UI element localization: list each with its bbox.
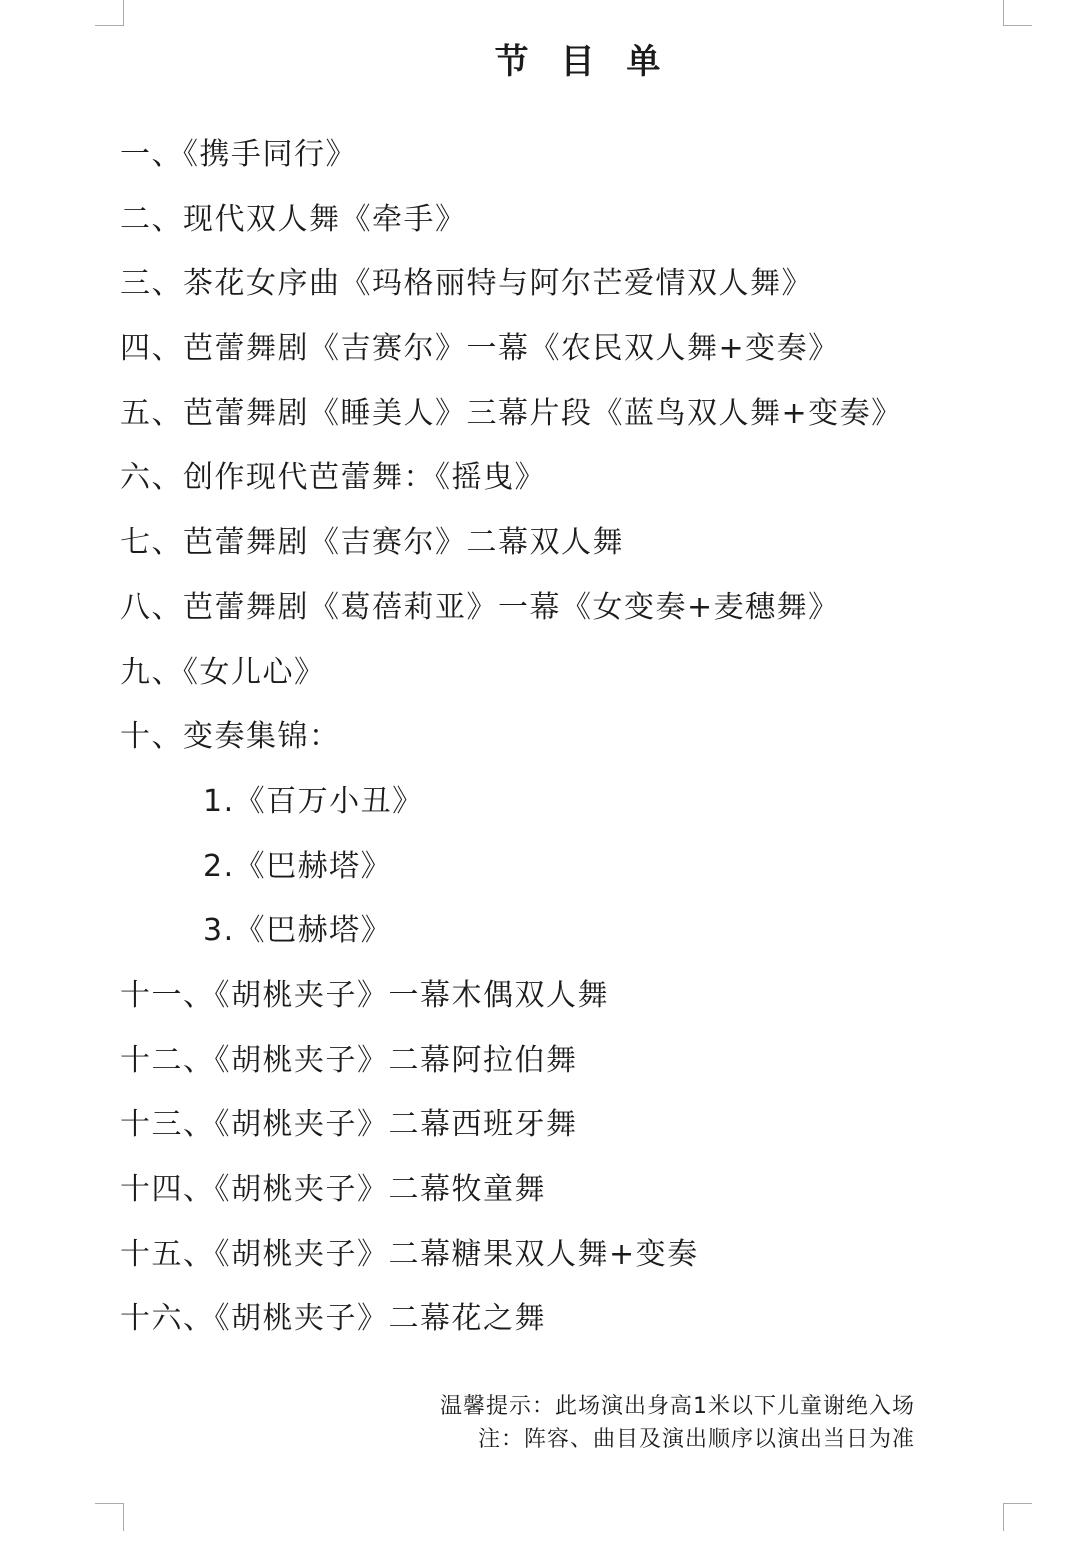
program-item: 十一、《胡桃夹子》一幕木偶双人舞 bbox=[120, 964, 1083, 1029]
program-item: 十二、《胡桃夹子》二幕阿拉伯舞 bbox=[120, 1029, 1083, 1094]
crop-mark-top-right bbox=[1003, 0, 1032, 26]
program-item: 三、茶花女序曲《玛格丽特与阿尔芒爱情双人舞》 bbox=[120, 252, 1083, 317]
program-item: 二、现代双人舞《牵手》 bbox=[120, 188, 1083, 253]
program-item: 一、《携手同行》 bbox=[120, 123, 1083, 188]
program-sheet-page: 节 目 单 一、《携手同行》 二、现代双人舞《牵手》 三、茶花女序曲《玛格丽特与… bbox=[0, 0, 1083, 1541]
program-item: 十六、《胡桃夹子》二幕花之舞 bbox=[120, 1287, 1083, 1352]
program-item: 四、芭蕾舞剧《吉赛尔》一幕《农民双人舞+变奏》 bbox=[120, 317, 1083, 382]
program-item: 十五、《胡桃夹子》二幕糖果双人舞+变奏 bbox=[120, 1223, 1083, 1288]
program-item: 九、《女儿心》 bbox=[120, 641, 1083, 706]
footer-notes: 温馨提示：此场演出身高1米以下儿童谢绝入场 注：阵容、曲目及演出顺序以演出当日为… bbox=[440, 1390, 915, 1456]
program-item: 八、芭蕾舞剧《葛蓓莉亚》一幕《女变奏+麦穗舞》 bbox=[120, 576, 1083, 641]
program-subitem: 2.《巴赫塔》 bbox=[120, 835, 1083, 900]
page-title: 节 目 单 bbox=[41, 34, 1083, 83]
crop-mark-top-left bbox=[95, 0, 124, 26]
program-item: 十四、《胡桃夹子》二幕牧童舞 bbox=[120, 1158, 1083, 1223]
program-subitem: 3.《巴赫塔》 bbox=[120, 899, 1083, 964]
warm-tip-note: 温馨提示：此场演出身高1米以下儿童谢绝入场 bbox=[440, 1390, 915, 1423]
program-item: 六、创作现代芭蕾舞：《摇曳》 bbox=[120, 446, 1083, 511]
crop-mark-bottom-left bbox=[95, 1503, 124, 1531]
program-item: 五、芭蕾舞剧《睡美人》三幕片段《蓝鸟双人舞+变奏》 bbox=[120, 382, 1083, 447]
program-list: 一、《携手同行》 二、现代双人舞《牵手》 三、茶花女序曲《玛格丽特与阿尔芒爱情双… bbox=[120, 123, 1083, 1352]
program-item: 十、变奏集锦： bbox=[120, 705, 1083, 770]
crop-mark-bottom-right bbox=[1003, 1503, 1032, 1531]
program-subitem: 1.《百万小丑》 bbox=[120, 770, 1083, 835]
program-item: 十三、《胡桃夹子》二幕西班牙舞 bbox=[120, 1093, 1083, 1158]
lineup-note: 注：阵容、曲目及演出顺序以演出当日为准 bbox=[440, 1423, 915, 1456]
program-item: 七、芭蕾舞剧《吉赛尔》二幕双人舞 bbox=[120, 511, 1083, 576]
